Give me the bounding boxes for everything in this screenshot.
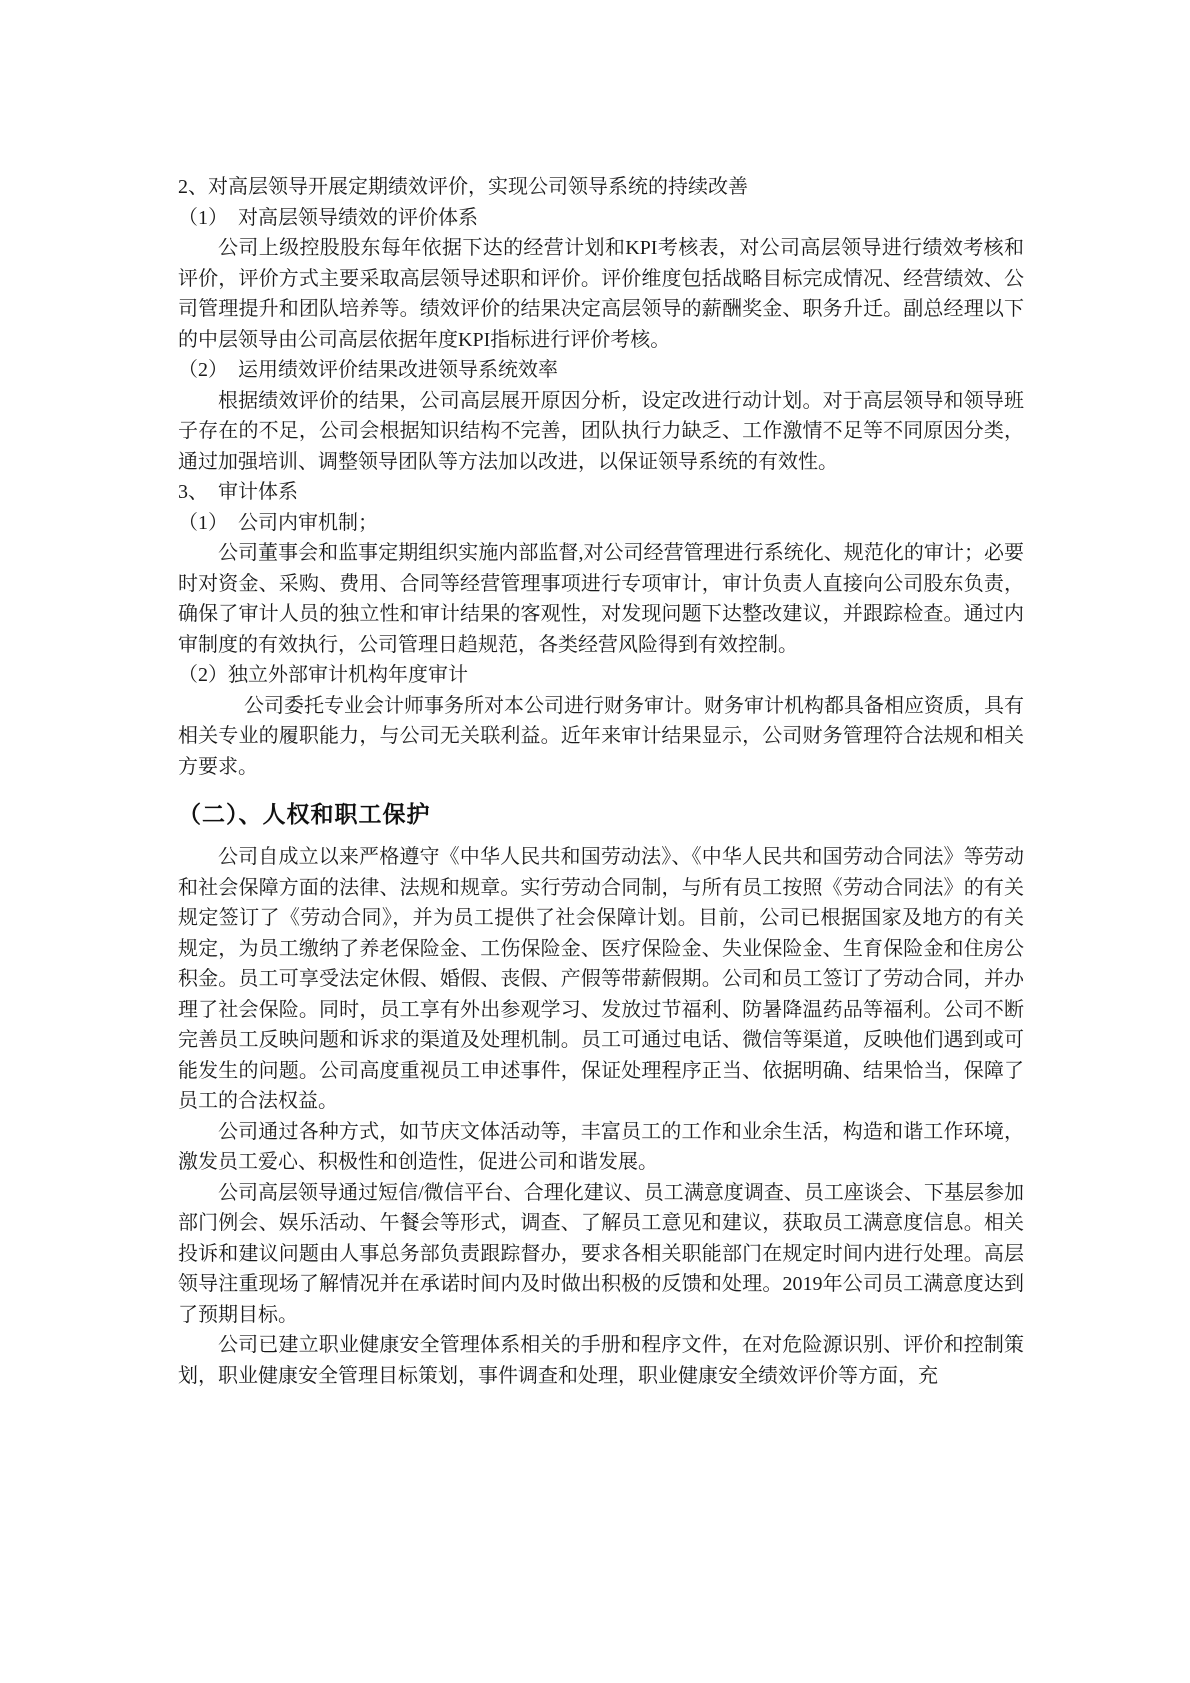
- paragraph-labor-law-compliance: 公司自成立以来严格遵守《中华人民共和国劳动法》、《中华人民共和国劳动合同法》等劳…: [178, 842, 1024, 1117]
- paragraph-occupational-health: 公司已建立职业健康安全管理体系相关的手册和程序文件，在对危险源识别、评价和控制策…: [178, 1330, 1024, 1391]
- sub-heading-improve-leadership: （2） 运用绩效评价结果改进领导系统效率: [178, 355, 1024, 386]
- document-page: 2、对高层领导开展定期绩效评价，实现公司领导系统的持续改善 （1） 对高层领导绩…: [0, 0, 1190, 1683]
- paragraph-evaluation-system: 公司上级控股股东每年依据下达的经营计划和KPI考核表，对公司高层领导进行绩效考核…: [178, 233, 1024, 355]
- paragraph-employee-activities: 公司通过各种方式，如节庆文体活动等，丰富员工的工作和业余生活，构造和谐工作环境，…: [178, 1117, 1024, 1178]
- sub-heading-evaluation-system: （1） 对高层领导绩效的评价体系: [178, 203, 1024, 234]
- paragraph-employee-feedback: 公司高层领导通过短信/微信平台、合理化建议、员工满意度调查、员工座谈会、下基层参…: [178, 1178, 1024, 1331]
- numbered-heading-performance-evaluation: 2、对高层领导开展定期绩效评价，实现公司领导系统的持续改善: [178, 172, 1024, 203]
- paragraph-improve-leadership: 根据绩效评价的结果，公司高层展开原因分析，设定改进行动计划。对于高层领导和领导班…: [178, 386, 1024, 478]
- sub-heading-internal-audit: （1） 公司内审机制；: [178, 508, 1024, 539]
- sub-heading-external-audit: （2）独立外部审计机构年度审计: [178, 660, 1024, 691]
- section-heading-human-rights: （二）、人权和职工保护: [178, 794, 1024, 834]
- paragraph-external-audit: 公司委托专业会计师事务所对本公司进行财务审计。财务审计机构都具备相应资质，具有相…: [178, 691, 1024, 783]
- numbered-heading-audit-system: 3、 审计体系: [178, 477, 1024, 508]
- paragraph-internal-audit: 公司董事会和监事定期组织实施内部监督,对公司经营管理进行系统化、规范化的审计；必…: [178, 538, 1024, 660]
- document-content: 2、对高层领导开展定期绩效评价，实现公司领导系统的持续改善 （1） 对高层领导绩…: [178, 172, 1024, 1391]
